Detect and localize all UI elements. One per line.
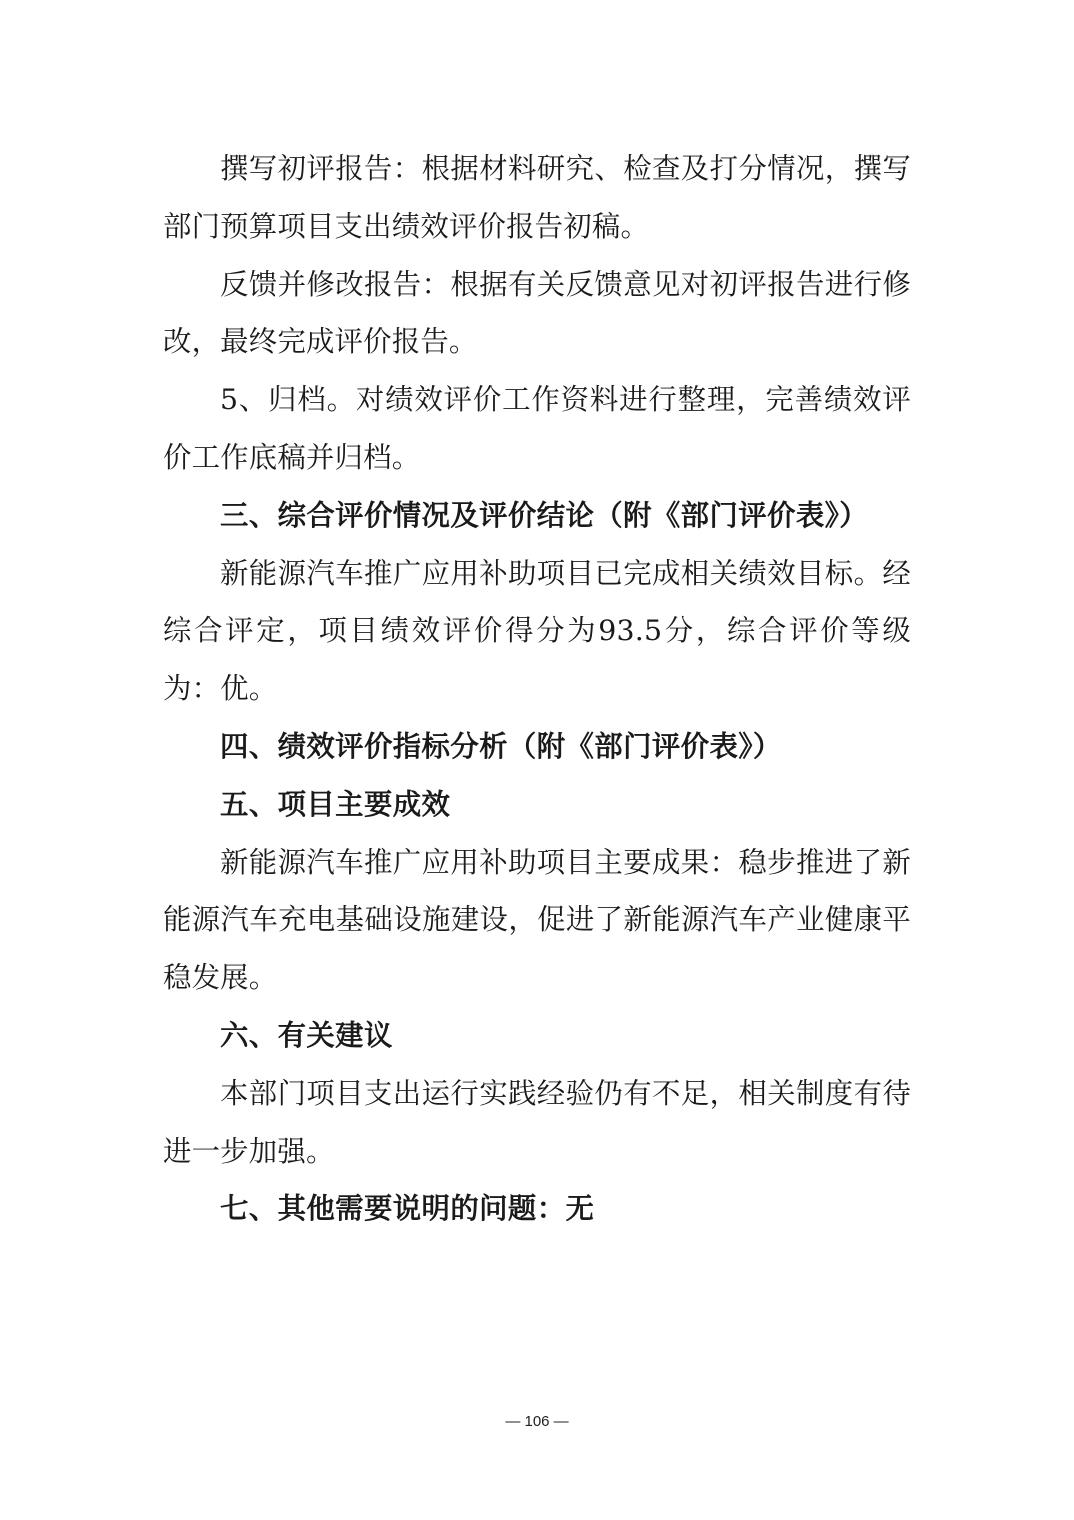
paragraph-main-results: 新能源汽车推广应用补助项目主要成果：稳步推进了新能源汽车充电基础设施建设，促进了… xyxy=(163,834,911,1007)
paragraph-draft-report: 撰写初评报告：根据材料研究、检查及打分情况，撰写部门预算项目支出绩效评价报告初稿… xyxy=(163,140,911,256)
heading-section-6: 六、有关建议 xyxy=(163,1007,911,1065)
heading-section-3: 三、综合评价情况及评价结论（附《部门评价表》） xyxy=(163,487,911,545)
page-number: — 106 — xyxy=(0,1413,1074,1430)
document-page: 撰写初评报告：根据材料研究、检查及打分情况，撰写部门预算项目支出绩效评价报告初稿… xyxy=(163,140,911,1238)
heading-section-5: 五、项目主要成效 xyxy=(163,776,911,834)
paragraph-suggestions: 本部门项目支出运行实践经验仍有不足，相关制度有待进一步加强。 xyxy=(163,1065,911,1181)
paragraph-evaluation-conclusion: 新能源汽车推广应用补助项目已完成相关绩效目标。经综合评定，项目绩效评价得分为93… xyxy=(163,545,911,718)
heading-section-7: 七、其他需要说明的问题：无 xyxy=(163,1180,911,1238)
paragraph-archiving: 5、归档。对绩效评价工作资料进行整理，完善绩效评价工作底稿并归档。 xyxy=(163,371,911,487)
heading-section-4: 四、绩效评价指标分析（附《部门评价表》） xyxy=(163,718,911,776)
paragraph-feedback-revision: 反馈并修改报告：根据有关反馈意见对初评报告进行修改，最终完成评价报告。 xyxy=(163,256,911,372)
